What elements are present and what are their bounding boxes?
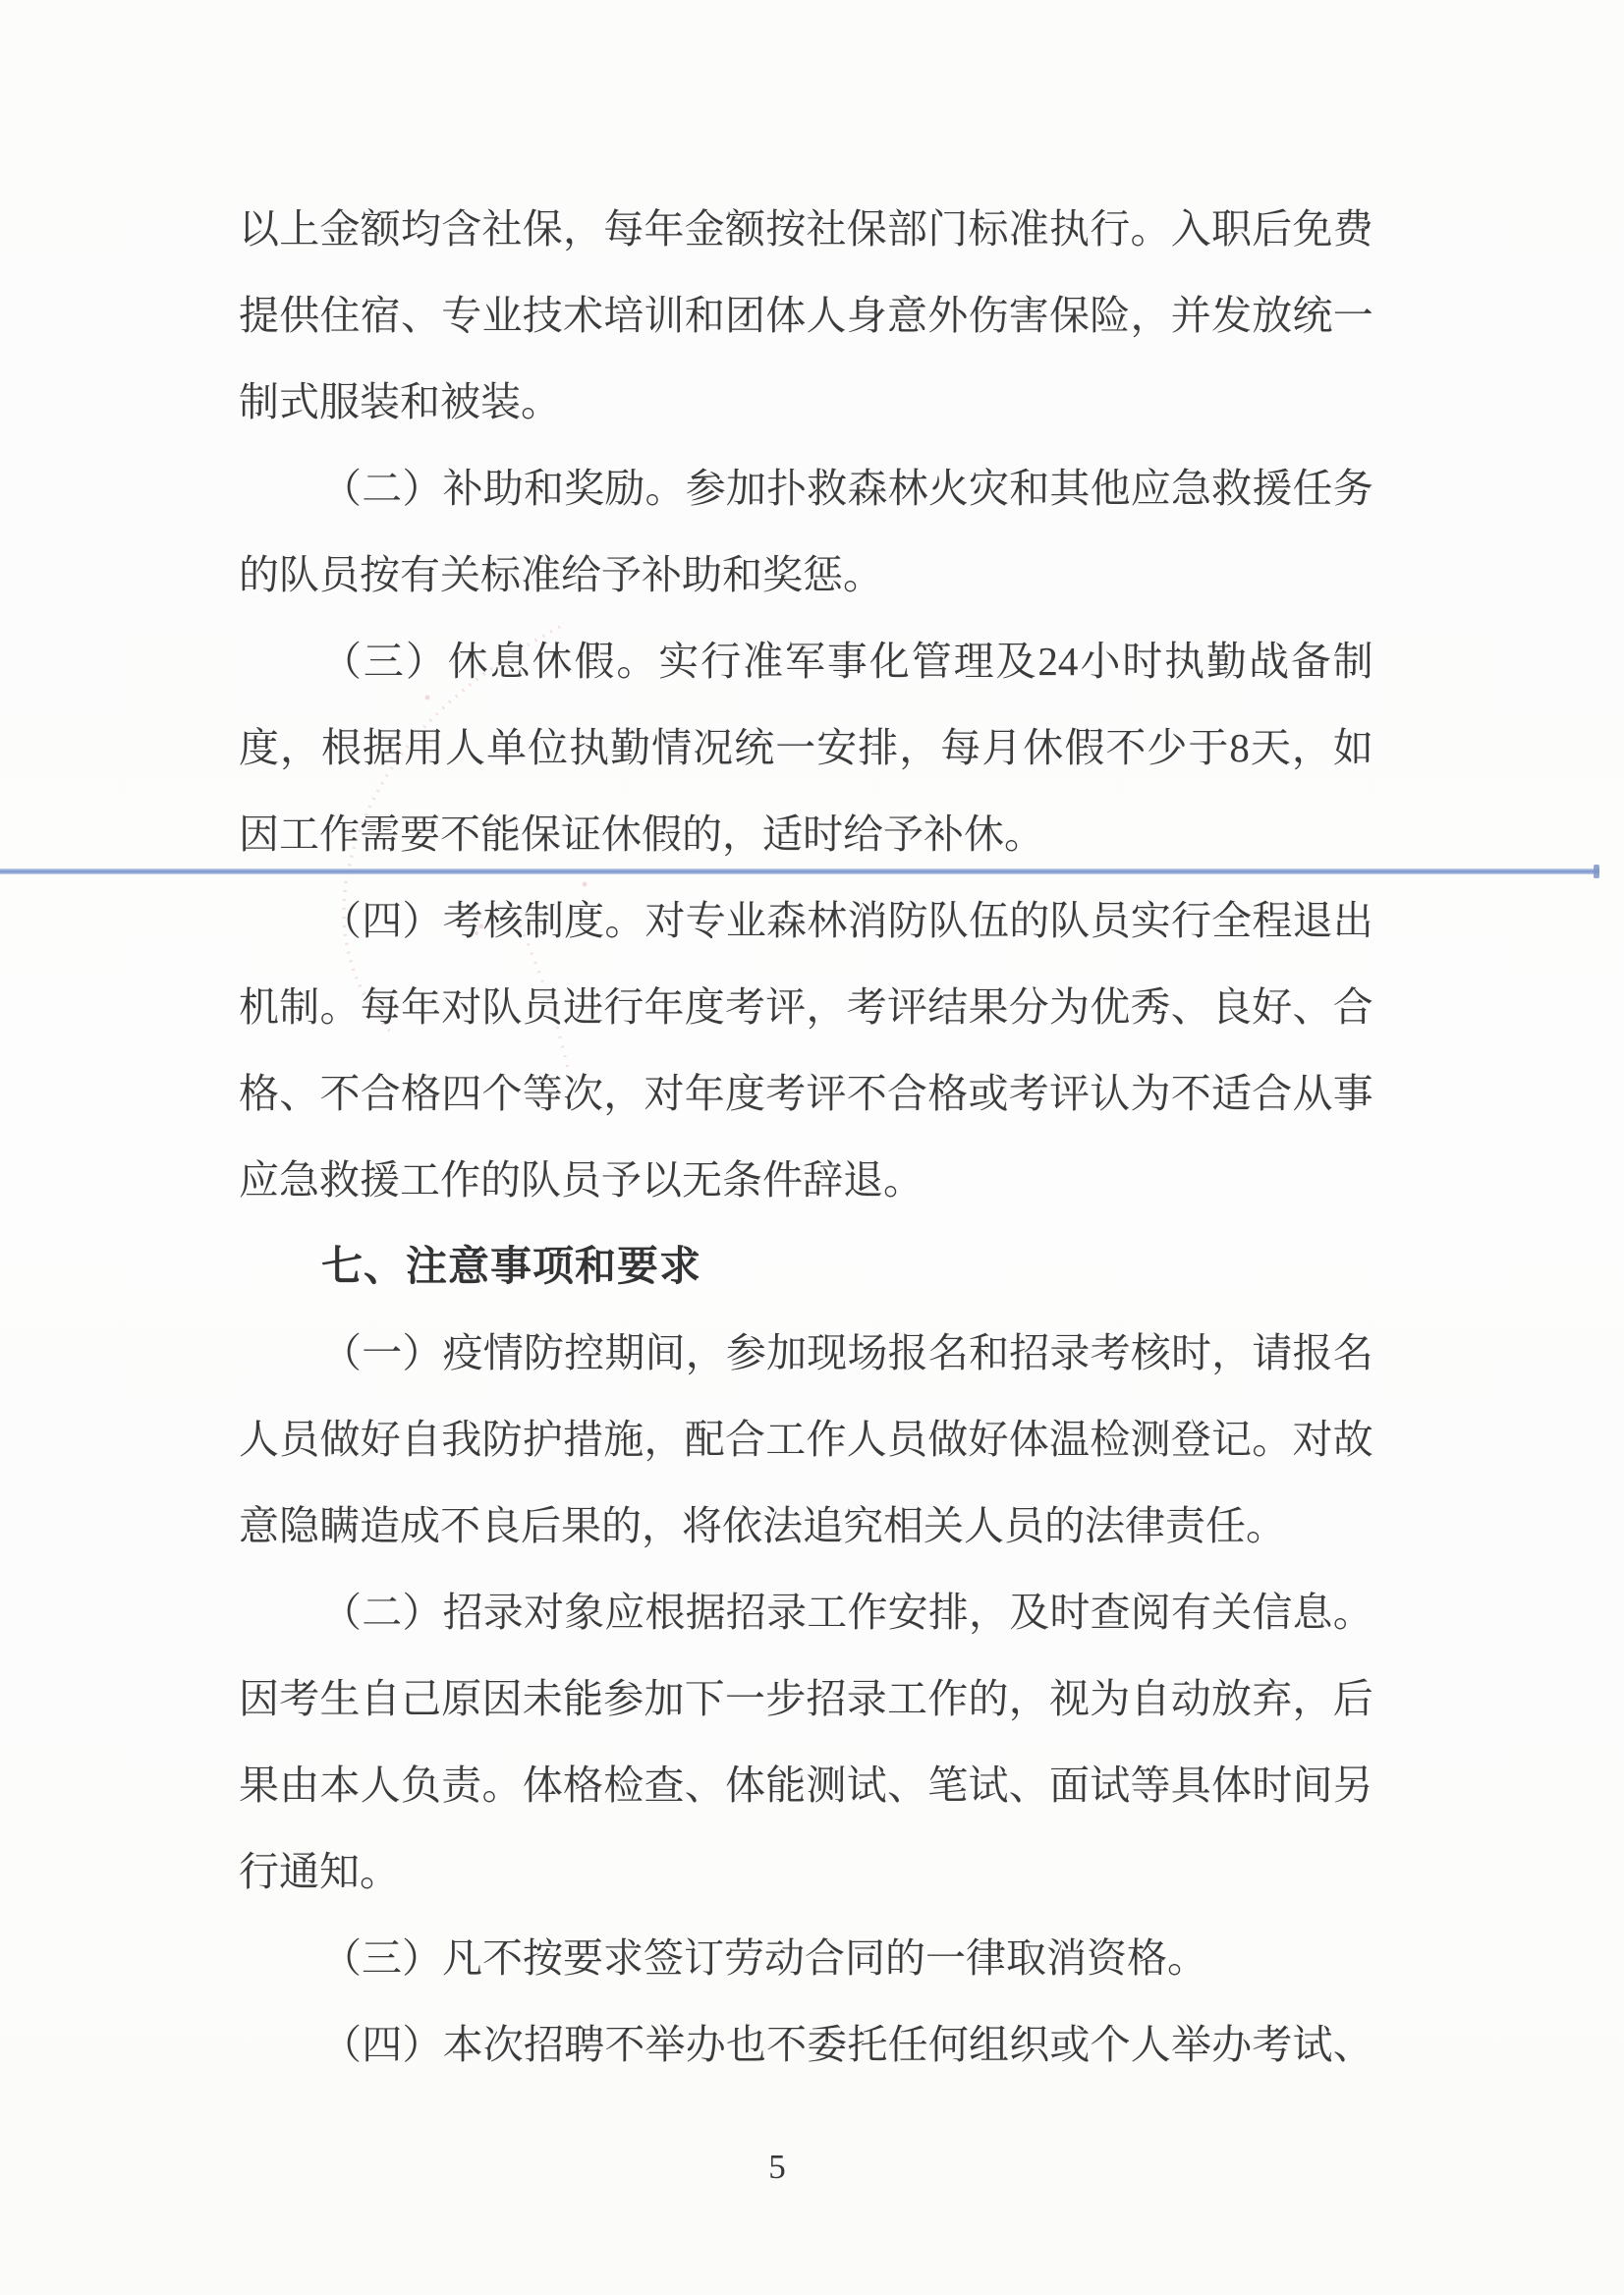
text-line: 以上金额均含社保，每年金额按社保部门标准执行。入职后免费: [239, 186, 1373, 272]
text-line: 因考生自己原因未能参加下一步招录工作的，视为自动放弃，后: [239, 1655, 1373, 1742]
scanned-document-page: 以上金额均含社保，每年金额按社保部门标准执行。入职后免费 提供住宿、专业技术培训…: [0, 0, 1624, 2295]
text-line: （四）本次招聘不举办也不委托任何组织或个人举办考试、: [239, 2001, 1373, 2088]
text-line: （四）考核制度。对专业森林消防队伍的队员实行全程退出: [239, 877, 1373, 964]
text-line: 因工作需要不能保证休假的，适时给予补休。: [239, 791, 1373, 877]
text-line: （三）凡不按要求签订劳动合同的一律取消资格。: [239, 1915, 1373, 2001]
text-line: 人员做好自我防护措施，配合工作人员做好体温检测登记。对故: [239, 1396, 1373, 1483]
text-line: 行通知。: [239, 1828, 1373, 1915]
page-number: 5: [0, 2148, 1554, 2187]
text-line: （二）招录对象应根据招录工作安排，及时查阅有关信息。: [239, 1569, 1373, 1655]
text-line: 格、不合格四个等次，对年度考评不合格或考评认为不适合从事: [239, 1050, 1373, 1137]
section-heading: 七、注意事项和要求: [239, 1223, 1373, 1310]
text-line: （一）疫情防控期间，参加现场报名和招录考核时，请报名: [239, 1310, 1373, 1396]
text-line: 机制。每年对队员进行年度考评，考评结果分为优秀、良好、合: [239, 964, 1373, 1050]
text-line: 果由本人负责。体格检查、体能测试、笔试、面试等具体时间另: [239, 1742, 1373, 1828]
text-line: 的队员按有关标准给予补助和奖惩。: [239, 532, 1373, 618]
text-line: （三）休息休假。实行准军事化管理及24小时执勤战备制: [239, 618, 1373, 704]
text-line: 意隐瞒造成不良后果的，将依法追究相关人员的法律责任。: [239, 1483, 1373, 1569]
text-line: 应急救援工作的队员予以无条件辞退。: [239, 1137, 1373, 1223]
text-line: （二）补助和奖励。参加扑救森林火灾和其他应急救援任务: [239, 445, 1373, 532]
scan-artifact-line: [0, 868, 1599, 874]
document-body: 以上金额均含社保，每年金额按社保部门标准执行。入职后免费 提供住宿、专业技术培训…: [239, 186, 1373, 2088]
scan-artifact-line-end: [1594, 865, 1599, 878]
text-line: 制式服装和被装。: [239, 359, 1373, 445]
text-line: 提供住宿、专业技术培训和团体人身意外伤害保险，并发放统一: [239, 272, 1373, 359]
text-line: 度，根据用人单位执勤情况统一安排，每月休假不少于8天，如: [239, 704, 1373, 791]
